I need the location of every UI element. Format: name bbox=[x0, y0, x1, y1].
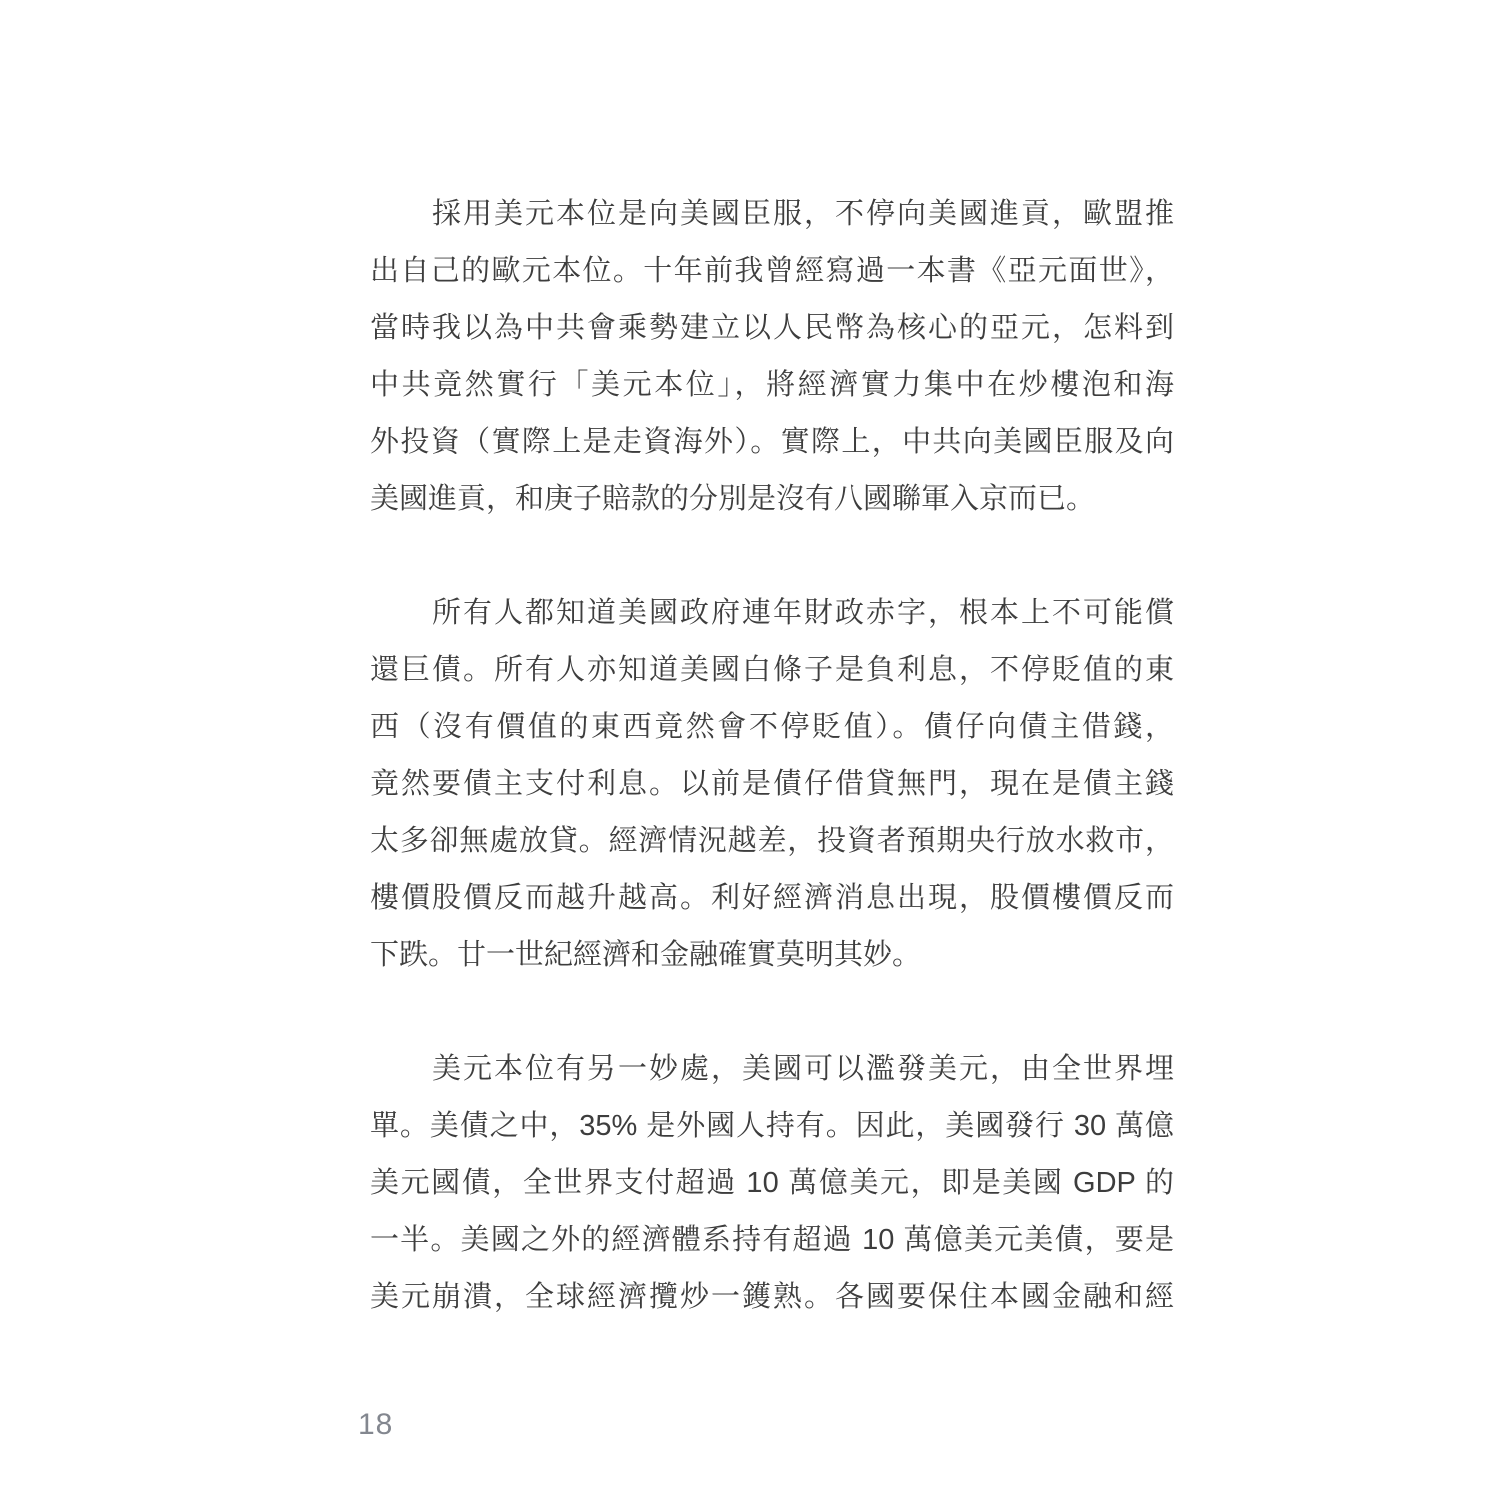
text-line: 太多卻無處放貸。經濟情況越差，投資者預期央行放水救市， bbox=[370, 813, 1174, 870]
text-line: 美國進貢，和庚子賠款的分別是沒有八國聯軍入京而已。 bbox=[370, 471, 1174, 528]
text-line: 出自己的歐元本位。十年前我曾經寫過一本書《亞元面世》， bbox=[370, 243, 1174, 300]
text-line: 美元本位有另一妙處，美國可以濫發美元，由全世界埋 bbox=[370, 1041, 1174, 1098]
text-line: 美元國債，全世界支付超過 10 萬億美元，即是美國 GDP 的 bbox=[370, 1155, 1174, 1212]
paragraph: 所有人都知道美國政府連年財政赤字，根本上不可能償還巨債。所有人亦知道美國白條子是… bbox=[370, 585, 1174, 984]
paragraph: 美元本位有另一妙處，美國可以濫發美元，由全世界埋單。美債之中，35% 是外國人持… bbox=[370, 1041, 1174, 1326]
text-line: 採用美元本位是向美國臣服，不停向美國進貢，歐盟推 bbox=[370, 186, 1174, 243]
text-block: 採用美元本位是向美國臣服，不停向美國進貢，歐盟推出自己的歐元本位。十年前我曾經寫… bbox=[370, 186, 1174, 1326]
text-line: 所有人都知道美國政府連年財政赤字，根本上不可能償 bbox=[370, 585, 1174, 642]
text-line: 竟然要債主支付利息。以前是債仔借貸無門，現在是債主錢 bbox=[370, 756, 1174, 813]
book-page: 採用美元本位是向美國臣服，不停向美國進貢，歐盟推出自己的歐元本位。十年前我曾經寫… bbox=[0, 0, 1500, 1500]
text-line: 樓價股價反而越升越高。利好經濟消息出現，股價樓價反而 bbox=[370, 870, 1174, 927]
text-line: 還巨債。所有人亦知道美國白條子是負利息，不停貶值的東 bbox=[370, 642, 1174, 699]
text-line: 西（沒有價值的東西竟然會不停貶值）。債仔向債主借錢， bbox=[370, 699, 1174, 756]
text-line: 當時我以為中共會乘勢建立以人民幣為核心的亞元，怎料到 bbox=[370, 300, 1174, 357]
text-line: 下跌。廿一世紀經濟和金融確實莫明其妙。 bbox=[370, 927, 1174, 984]
text-line: 一半。美國之外的經濟體系持有超過 10 萬億美元美債，要是 bbox=[370, 1212, 1174, 1269]
page-number: 18 bbox=[358, 1406, 393, 1444]
text-line: 外投資（實際上是走資海外）。實際上，中共向美國臣服及向 bbox=[370, 414, 1174, 471]
text-line: 美元崩潰，全球經濟攬炒一鑊熟。各國要保住本國金融和經 bbox=[370, 1269, 1174, 1326]
text-line: 單。美債之中，35% 是外國人持有。因此，美國發行 30 萬億 bbox=[370, 1098, 1174, 1155]
text-line: 中共竟然實行「美元本位」，將經濟實力集中在炒樓泡和海 bbox=[370, 357, 1174, 414]
paragraph: 採用美元本位是向美國臣服，不停向美國進貢，歐盟推出自己的歐元本位。十年前我曾經寫… bbox=[370, 186, 1174, 528]
